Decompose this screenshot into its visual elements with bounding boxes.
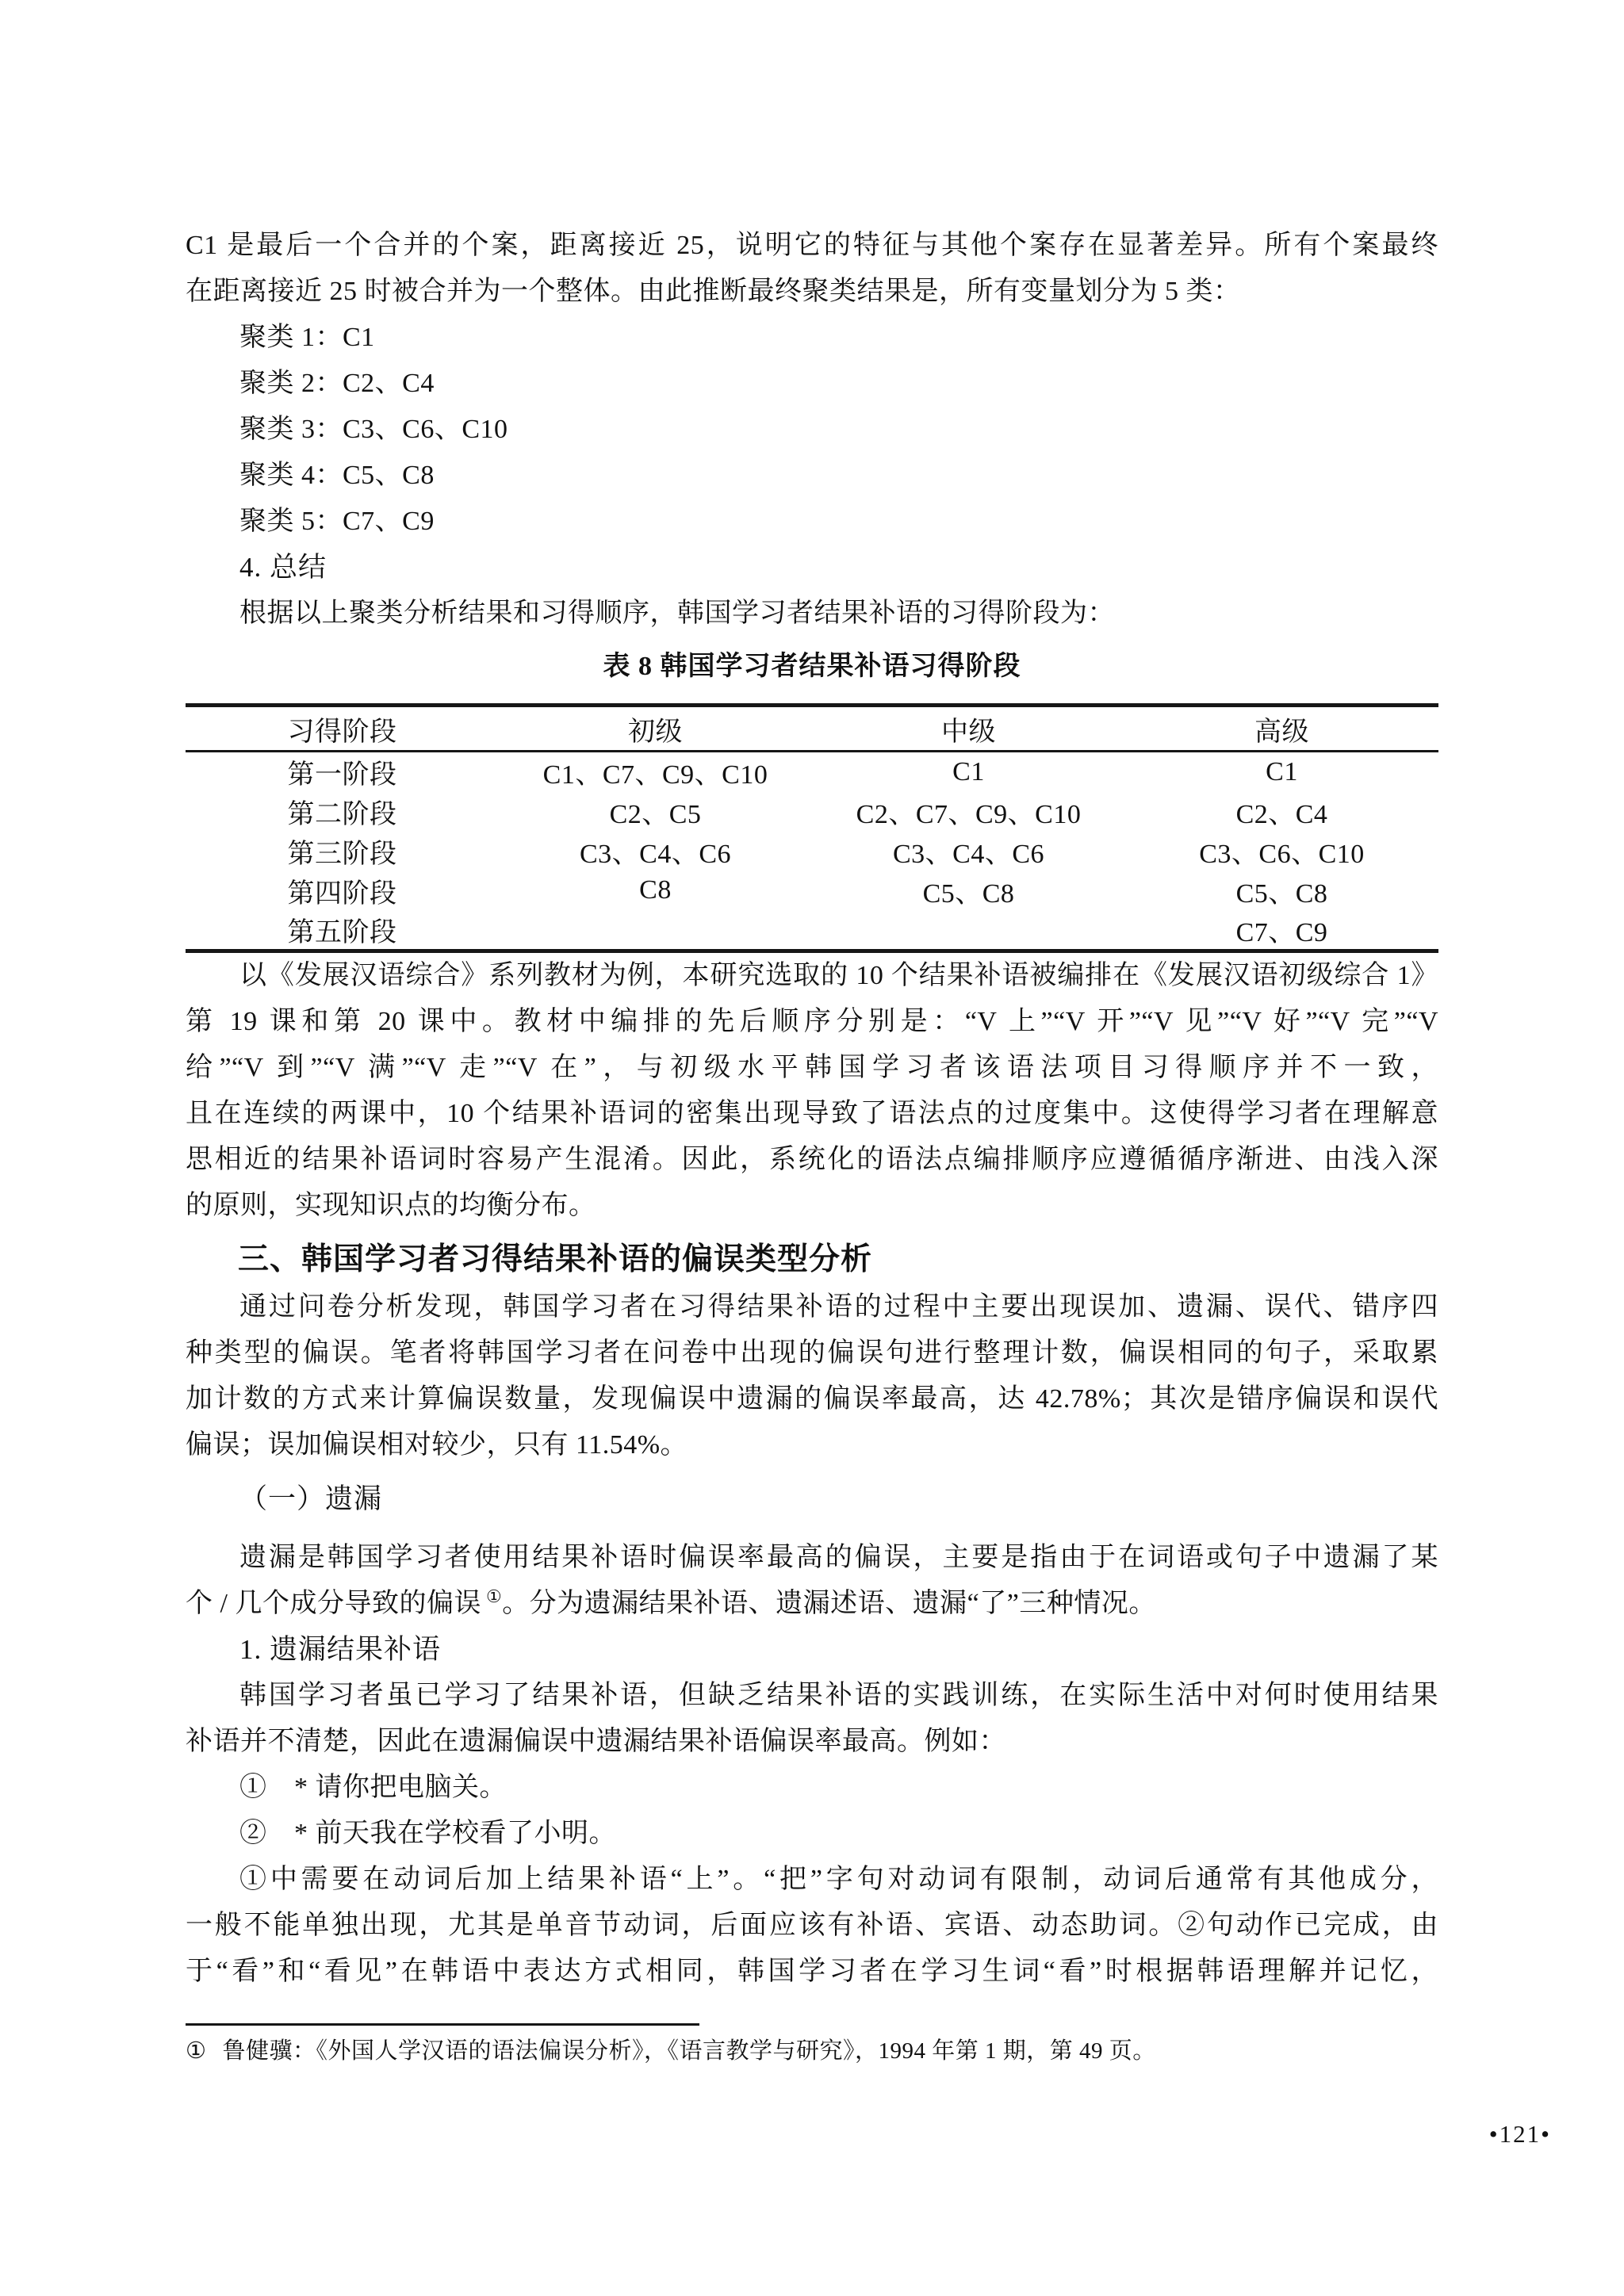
table-head: 习得阶段 初级 中级 高级 [186, 706, 1438, 752]
list-item-cluster-5: 聚类 5：C7、C9 [186, 499, 1438, 545]
text-line: 思相近的结果补语词时容易产生混淆。因此，系统化的语法点编排顺序应遵循循序渐进、由… [186, 1137, 1438, 1183]
text-line: 在距离接近 25 时被合并为一个整体。由此推断最终聚类结果是，所有变量划分为 5… [186, 269, 1438, 315]
table-cell: C1 [812, 752, 1125, 792]
table-cell: 第五阶段 [186, 910, 499, 951]
text-line: 于“看”和“看见”在韩语中表达方式相同，韩国学习者在学习生词“看”时根据韩语理解… [186, 1949, 1438, 1995]
table-cell: 第二阶段 [186, 791, 499, 831]
table-cell: C2、C4 [1125, 791, 1438, 831]
table-cell: C2、C5 [499, 791, 812, 831]
table-cell: C3、C4、C6 [499, 831, 812, 871]
table-cell: C8 [499, 871, 812, 910]
table-header-cell-advanced: 高级 [1125, 706, 1438, 752]
text-line: 补语并不清楚，因此在遗漏偏误中遗漏结果补语偏误率最高。例如： [186, 1719, 1438, 1765]
paragraph-textbook: 以《发展汉语综合》系列教材为例，本研究选取的 10 个结果补语被编排在《发展汉语… [186, 953, 1438, 1229]
table-cell: C2、C7、C9、C10 [812, 791, 1125, 831]
table-row: 第三阶段 C3、C4、C6 C3、C4、C6 C3、C6、C10 [186, 831, 1438, 871]
table-row: 第五阶段 C7、C9 [186, 910, 1438, 951]
table-cell: 第四阶段 [186, 871, 499, 910]
subsection-heading-summary: 4. 总结 [186, 545, 1438, 591]
text-line: ①中需要在动词后加上结果补语“上”。“把”字句对动词有限制，动词后通常有其他成分… [186, 1857, 1438, 1903]
table-header-row: 习得阶段 初级 中级 高级 [186, 706, 1438, 752]
cluster-list: 聚类 1：C1 聚类 2：C2、C4 聚类 3：C3、C6、C10 聚类 4：C… [186, 315, 1438, 545]
text-line: C1 是最后一个合并的个案，距离接近 25，说明它的特征与其他个案存在显著差异。… [186, 223, 1438, 269]
text-line: 个 / 几个成分导致的偏误①。分为遗漏结果补语、遗漏述语、遗漏“了”三种情况。 [186, 1581, 1438, 1627]
example-sentences: ① * 请你把电脑关。 ② * 前天我在学校看了小明。 [186, 1765, 1438, 1857]
footnote-reference-mark: ① [486, 1586, 502, 1606]
table-cell: C7、C9 [1125, 910, 1438, 951]
text-segment: 个 / 几个成分导致的偏误 [186, 1589, 481, 1618]
table-cell [499, 910, 812, 951]
table-row: 第四阶段 C8 C5、C8 C5、C8 [186, 871, 1438, 910]
paragraph-example-analysis: ①中需要在动词后加上结果补语“上”。“把”字句对动词有限制，动词后通常有其他成分… [186, 1857, 1438, 1995]
table-header-cell-beginner: 初级 [499, 706, 812, 752]
subsection-heading-omission: （一）遗漏 [186, 1476, 1438, 1522]
acquisition-stages-table: 习得阶段 初级 中级 高级 第一阶段 C1、C7、C9、C10 C1 C1 第二… [186, 703, 1438, 953]
table-row: 第二阶段 C2、C5 C2、C7、C9、C10 C2、C4 [186, 791, 1438, 831]
text-line: 加计数的方式来计算偏误数量，发现偏误中遗漏的偏误率最高，达 42.78%；其次是… [186, 1376, 1438, 1422]
text-segment: 。分为遗漏结果补语、遗漏述语、遗漏“了”三种情况。 [502, 1589, 1156, 1618]
table-cell: C3、C4、C6 [812, 831, 1125, 871]
paragraph-summary: 根据以上聚类分析结果和习得顺序，韩国学习者结果补语的习得阶段为： [186, 591, 1438, 637]
example-sentence-1: ① * 请你把电脑关。 [186, 1765, 1438, 1811]
text-line: 偏误；误加偏误相对较少，只有 11.54%。 [186, 1422, 1438, 1468]
table-cell: 第三阶段 [186, 831, 499, 871]
table-cell: C1 [1125, 752, 1438, 792]
table-cell: C3、C6、C10 [1125, 831, 1438, 871]
top-margin [186, 0, 1438, 223]
text-line: 通过问卷分析发现，韩国学习者在习得结果补语的过程中主要出现误加、遗漏、误代、错序… [186, 1284, 1438, 1330]
text-line: 给”“V 到”“V 满”“V 走”“V 在”，与初级水平韩国学习者该语法项目习得… [186, 1045, 1438, 1091]
subsection-heading-omit-complement: 1. 遗漏结果补语 [186, 1627, 1438, 1673]
list-item-cluster-4: 聚类 4：C5、C8 [186, 453, 1438, 499]
table-cell [812, 910, 1125, 951]
table-caption: 表 8 韩国学习者结果补语习得阶段 [186, 643, 1438, 691]
paragraph-omit-complement-intro: 韩国学习者虽已学习了结果补语，但缺乏结果补语的实践训练，在实际生活中对何时使用结… [186, 1673, 1438, 1765]
text-line: 且在连续的两课中，10 个结果补语词的密集出现导致了语法点的过度集中。这使得学习… [186, 1091, 1438, 1137]
table-cell: C5、C8 [812, 871, 1125, 910]
list-item-cluster-3: 聚类 3：C3、C6、C10 [186, 407, 1438, 453]
page-number: •121• [1489, 2118, 1551, 2150]
table-body: 第一阶段 C1、C7、C9、C10 C1 C1 第二阶段 C2、C5 C2、C7… [186, 752, 1438, 951]
example-sentence-2: ② * 前天我在学校看了小明。 [186, 1811, 1438, 1857]
text-line: 韩国学习者虽已学习了结果补语，但缺乏结果补语的实践训练，在实际生活中对何时使用结… [186, 1673, 1438, 1719]
text-line: 遗漏是韩国学习者使用结果补语时偏误率最高的偏误，主要是指由于在词语或句子中遗漏了… [186, 1535, 1438, 1581]
paragraph-omission-definition: 遗漏是韩国学习者使用结果补语时偏误率最高的偏误，主要是指由于在词语或句子中遗漏了… [186, 1535, 1438, 1627]
table-header-cell-stage: 习得阶段 [186, 706, 499, 752]
footnote-text: 鲁健骥：《外国人学汉语的语法偏误分析》，《语言教学与研究》，1994 年第 1 … [223, 2038, 1156, 2064]
list-item-cluster-2: 聚类 2：C2、C4 [186, 361, 1438, 407]
footnote-marker: ① [186, 2038, 207, 2064]
table-cell: C5、C8 [1125, 871, 1438, 910]
table-cell: C1、C7、C9、C10 [499, 752, 812, 792]
paragraph-survey-findings: 通过问卷分析发现，韩国学习者在习得结果补语的过程中主要出现误加、遗漏、误代、错序… [186, 1284, 1438, 1468]
list-item-cluster-1: 聚类 1：C1 [186, 315, 1438, 361]
text-line: 一般不能单独出现，尤其是单音节动词，后面应该有补语、宾语、动态助词。②句动作已完… [186, 1903, 1438, 1949]
document-page: C1 是最后一个合并的个案，距离接近 25，说明它的特征与其他个案存在显著差异。… [0, 0, 1624, 2296]
text-line: 的原则，实现知识点的均衡分布。 [186, 1183, 1438, 1229]
table-row: 第一阶段 C1、C7、C9、C10 C1 C1 [186, 752, 1438, 792]
table-cell: 第一阶段 [186, 752, 499, 792]
text-line: 以《发展汉语综合》系列教材为例，本研究选取的 10 个结果补语被编排在《发展汉语… [186, 953, 1438, 999]
page-content: C1 是最后一个合并的个案，距离接近 25，说明它的特征与其他个案存在显著差异。… [186, 0, 1438, 2070]
section-heading-error-types: 三、韩国学习者习得结果补语的偏误类型分析 [186, 1235, 1438, 1284]
footnote: ①鲁健骥：《外国人学汉语的语法偏误分析》，《语言教学与研究》，1994 年第 1… [186, 2032, 1438, 2070]
paragraph-cluster-conclusion: C1 是最后一个合并的个案，距离接近 25，说明它的特征与其他个案存在显著差异。… [186, 223, 1438, 315]
table-header-cell-intermediate: 中级 [812, 706, 1125, 752]
footnote-separator [186, 2023, 699, 2026]
text-line: 第 19 课和第 20 课中。教材中编排的先后顺序分别是：“V 上”“V 开”“… [186, 999, 1438, 1045]
text-line: 种类型的偏误。笔者将韩国学习者在问卷中出现的偏误句进行整理计数，偏误相同的句子，… [186, 1330, 1438, 1376]
